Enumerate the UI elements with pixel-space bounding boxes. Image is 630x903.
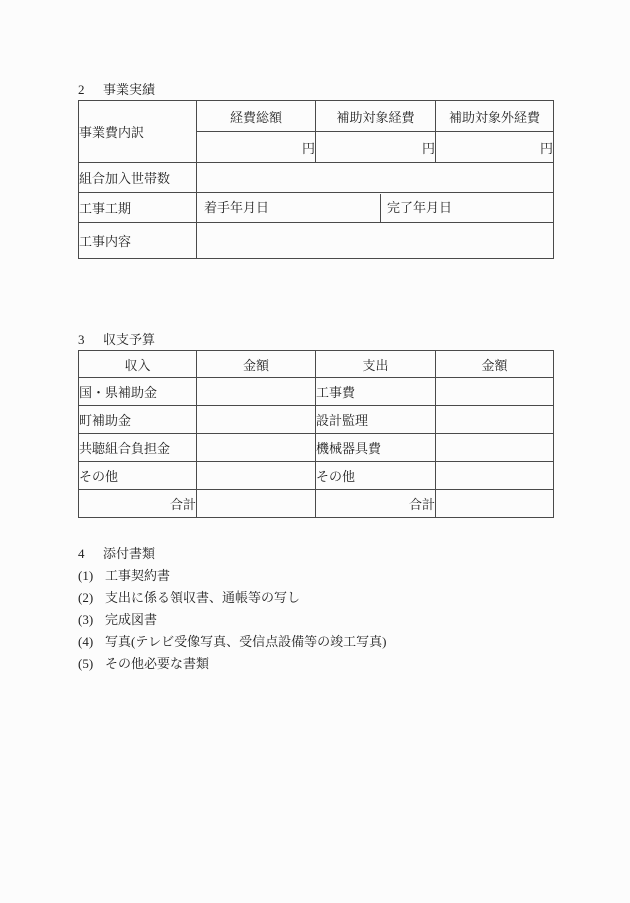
attachment-item-3-number: (3) xyxy=(78,609,105,631)
section-4-title-text: 添付書類 xyxy=(103,546,155,561)
attachment-item-3: (3)完成図書 xyxy=(78,609,386,631)
cell-construction-content-label: 工事内容 xyxy=(79,223,197,259)
cell-expense-construction: 工事費 xyxy=(316,378,436,406)
cell-expense-machinery: 機械器具費 xyxy=(316,434,436,462)
business-results-table: 事業費内訳 経費総額 補助対象経費 補助対象外経費 円 円 円 組合加入世帯数 … xyxy=(78,100,554,259)
cell-income-town-subsidy: 町補助金 xyxy=(79,406,197,434)
budget-table: 収入 金額 支出 金額 国・県補助金 工事費 町補助金 設計監理 共聴組合負担金 xyxy=(78,350,554,518)
cell-project-cost-breakdown-label: 事業費内訳 xyxy=(79,101,197,163)
cell-total-expense-header: 経費総額 xyxy=(197,101,316,132)
cell-income-amount-header: 金額 xyxy=(197,351,316,378)
attachment-item-4-number: (4) xyxy=(78,631,105,653)
section-2-title-text: 事業実績 xyxy=(103,82,155,97)
attachment-item-1: (1)工事契約書 xyxy=(78,565,386,587)
cell-expense-construction-amount xyxy=(436,378,554,406)
cell-expense-other: その他 xyxy=(316,462,436,490)
cell-construction-period-label: 工事工期 xyxy=(79,193,197,223)
cell-non-subsidy-expense-header: 補助対象外経費 xyxy=(436,101,554,132)
attachment-item-4-text: 写真(テレビ受像写真、受信点設備等の竣工写真) xyxy=(105,634,386,649)
cell-subsidy-covered-expense-header: 補助対象経費 xyxy=(316,101,436,132)
cell-expense-header: 支出 xyxy=(316,351,436,378)
cell-income-other: その他 xyxy=(79,462,197,490)
attachment-item-5-text: その他必要な書類 xyxy=(105,656,209,671)
attachment-item-2-text: 支出に係る領収書、通帳等の写し xyxy=(105,590,300,605)
cell-member-households-label: 組合加入世帯数 xyxy=(79,163,197,193)
attachment-item-3-text: 完成図書 xyxy=(105,612,157,627)
cell-income-total-amount xyxy=(197,490,316,518)
cell-income-association-contribution: 共聴組合負担金 xyxy=(79,434,197,462)
cell-expense-total-label: 合計 xyxy=(316,490,436,518)
attachment-item-1-text: 工事契約書 xyxy=(105,568,170,583)
section-4-heading: 4添付書類 xyxy=(78,543,386,565)
attachment-item-2-number: (2) xyxy=(78,587,105,609)
cell-construction-period-value: 着手年月日 完了年月日 xyxy=(197,193,554,223)
cell-member-households-value xyxy=(197,163,554,193)
section-3-number: 3 xyxy=(78,333,103,347)
cell-income-town-subsidy-amount xyxy=(197,406,316,434)
cell-expense-amount-header: 金額 xyxy=(436,351,554,378)
section-3-heading: 3収支予算 xyxy=(78,333,155,347)
attachment-item-5-number: (5) xyxy=(78,653,105,675)
cell-income-other-amount xyxy=(197,462,316,490)
cell-expense-other-amount xyxy=(436,462,554,490)
cell-expense-machinery-amount xyxy=(436,434,554,462)
attachment-list: 4添付書類 (1)工事契約書 (2)支出に係る領収書、通帳等の写し (3)完成図… xyxy=(78,543,386,675)
attachment-item-1-number: (1) xyxy=(78,565,105,587)
section-4-number: 4 xyxy=(78,543,103,565)
cell-non-subsidy-yen: 円 xyxy=(436,132,554,163)
attachment-item-4: (4)写真(テレビ受像写真、受信点設備等の竣工写真) xyxy=(78,631,386,653)
attachment-item-5: (5)その他必要な書類 xyxy=(78,653,386,675)
cell-end-date-label: 完了年月日 xyxy=(381,194,553,222)
cell-income-national-pref-subsidy-amount xyxy=(197,378,316,406)
cell-total-expense-yen: 円 xyxy=(197,132,316,163)
section-3-title-text: 収支予算 xyxy=(103,332,155,347)
cell-subsidy-covered-yen: 円 xyxy=(316,132,436,163)
section-2-heading: 2事業実績 xyxy=(78,83,155,97)
cell-expense-design-supervision: 設計監理 xyxy=(316,406,436,434)
cell-income-association-contribution-amount xyxy=(197,434,316,462)
cell-expense-total-amount xyxy=(436,490,554,518)
cell-start-date-label: 着手年月日 xyxy=(197,194,381,222)
cell-income-national-pref-subsidy: 国・県補助金 xyxy=(79,378,197,406)
document-page: 2事業実績 事業費内訳 経費総額 補助対象経費 補助対象外経費 円 円 円 組合… xyxy=(0,0,630,903)
cell-income-header: 収入 xyxy=(79,351,197,378)
cell-income-total-label: 合計 xyxy=(79,490,197,518)
attachment-item-2: (2)支出に係る領収書、通帳等の写し xyxy=(78,587,386,609)
cell-expense-design-supervision-amount xyxy=(436,406,554,434)
cell-construction-content-value xyxy=(197,223,554,259)
section-2-number: 2 xyxy=(78,83,103,97)
